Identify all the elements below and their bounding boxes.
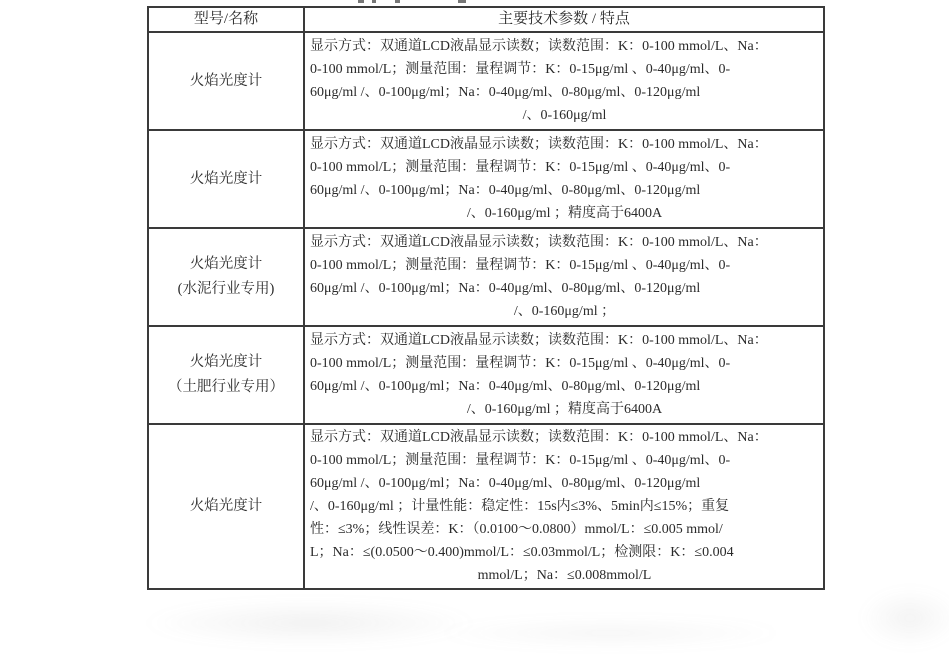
- param-line: 显示方式：双通道LCD液晶显示读数；读数范围：K：0-100 mmol/L、Na…: [310, 35, 819, 58]
- scan-smudge: [140, 600, 480, 646]
- model-name: 火焰光度计: [149, 252, 303, 277]
- params-cell: 显示方式：双通道LCD液晶显示读数；读数范围：K：0-100 mmol/L、Na…: [304, 424, 824, 589]
- param-line: 显示方式：双通道LCD液晶显示读数；读数范围：K：0-100 mmol/L、Na…: [310, 231, 819, 254]
- model-name: 火焰光度计: [149, 350, 303, 375]
- cropped-text-remnant: [372, 0, 376, 3]
- param-line: mmol/L；Na：≤0.008mmol/L: [310, 564, 819, 587]
- params-cell: 显示方式：双通道LCD液晶显示读数；读数范围：K：0-100 mmol/L、Na…: [304, 228, 824, 326]
- table-row: 火焰光度计显示方式：双通道LCD液晶显示读数；读数范围：K：0-100 mmol…: [148, 130, 824, 228]
- table-row: 火焰光度计显示方式：双通道LCD液晶显示读数；读数范围：K：0-100 mmol…: [148, 424, 824, 589]
- table-body: 火焰光度计显示方式：双通道LCD液晶显示读数；读数范围：K：0-100 mmol…: [148, 32, 824, 589]
- params-text: 显示方式：双通道LCD液晶显示读数；读数范围：K：0-100 mmol/L、Na…: [305, 425, 823, 588]
- params-text: 显示方式：双通道LCD液晶显示读数；读数范围：K：0-100 mmol/L、Na…: [305, 230, 823, 324]
- param-line: 显示方式：双通道LCD液晶显示读数；读数范围：K：0-100 mmol/L、Na…: [310, 329, 819, 352]
- param-line: /、0-160μg/ml ；计量性能：稳定性：15s内≤3%、5min内≤15%…: [310, 495, 819, 518]
- model-name: 火焰光度计: [149, 494, 303, 519]
- table-header: 型号/名称 主要技术参数 / 特点: [148, 7, 824, 32]
- scan-smudge: [430, 618, 790, 648]
- param-line: 显示方式：双通道LCD液晶显示读数；读数范围：K：0-100 mmol/L、Na…: [310, 133, 819, 156]
- param-line: 60μg/ml /、0-100μg/ml；Na：0-40μg/ml、0-80μg…: [310, 375, 819, 398]
- model-subtitle: (水泥行业专用): [149, 277, 303, 302]
- param-line: 性：≤3%；线性误差：K：（0.0100～0.0800）mmol/L：≤0.00…: [310, 518, 819, 541]
- model-name-cell: 火焰光度计（土肥行业专用）: [148, 326, 304, 424]
- params-cell: 显示方式：双通道LCD液晶显示读数；读数范围：K：0-100 mmol/L、Na…: [304, 326, 824, 424]
- header-row: 型号/名称 主要技术参数 / 特点: [148, 7, 824, 32]
- param-line: /、0-160μg/ml ；精度高于6400A: [310, 398, 819, 421]
- spec-table: 型号/名称 主要技术参数 / 特点 火焰光度计显示方式：双通道LCD液晶显示读数…: [147, 6, 825, 590]
- cropped-text-remnant: [458, 0, 466, 3]
- model-subtitle: （土肥行业专用）: [149, 375, 303, 400]
- param-line: 60μg/ml /、0-100μg/ml；Na：0-40μg/ml、0-80μg…: [310, 81, 819, 104]
- param-line: 60μg/ml /、0-100μg/ml；Na：0-40μg/ml、0-80μg…: [310, 472, 819, 495]
- model-name: 火焰光度计: [149, 69, 303, 94]
- param-line: 0-100 mmol/L；测量范围：量程调节：K：0-15μg/ml 、0-40…: [310, 449, 819, 472]
- page: 型号/名称 主要技术参数 / 特点 火焰光度计显示方式：双通道LCD液晶显示读数…: [0, 0, 949, 656]
- cropped-text-remnant: [395, 0, 400, 3]
- cropped-text-remnant: [358, 0, 364, 3]
- scan-smudge: [860, 588, 949, 648]
- params-text: 显示方式：双通道LCD液晶显示读数；读数范围：K：0-100 mmol/L、Na…: [305, 34, 823, 128]
- model-name-cell: 火焰光度计: [148, 424, 304, 589]
- param-line: /、0-160μg/ml ；: [310, 300, 819, 323]
- param-line: 60μg/ml /、0-100μg/ml；Na：0-40μg/ml、0-80μg…: [310, 277, 819, 300]
- param-line: L；Na：≤(0.0500～0.400)mmol/L：≤0.03mmol/L；检…: [310, 541, 819, 564]
- model-name-cell: 火焰光度计: [148, 130, 304, 228]
- param-line: /、0-160μg/ml: [310, 104, 819, 127]
- model-name-cell: 火焰光度计: [148, 32, 304, 130]
- params-text: 显示方式：双通道LCD液晶显示读数；读数范围：K：0-100 mmol/L、Na…: [305, 132, 823, 226]
- table-row: 火焰光度计(水泥行业专用)显示方式：双通道LCD液晶显示读数；读数范围：K：0-…: [148, 228, 824, 326]
- param-line: 0-100 mmol/L；测量范围：量程调节：K：0-15μg/ml 、0-40…: [310, 254, 819, 277]
- params-cell: 显示方式：双通道LCD液晶显示读数；读数范围：K：0-100 mmol/L、Na…: [304, 130, 824, 228]
- header-main-parameters: 主要技术参数 / 特点: [304, 7, 824, 32]
- model-name-cell: 火焰光度计(水泥行业专用): [148, 228, 304, 326]
- param-line: 60μg/ml /、0-100μg/ml；Na：0-40μg/ml、0-80μg…: [310, 179, 819, 202]
- model-name: 火焰光度计: [149, 167, 303, 192]
- param-line: /、0-160μg/ml ；精度高于6400A: [310, 202, 819, 225]
- param-line: 0-100 mmol/L；测量范围：量程调节：K：0-15μg/ml 、0-40…: [310, 352, 819, 375]
- param-line: 显示方式：双通道LCD液晶显示读数；读数范围：K：0-100 mmol/L、Na…: [310, 426, 819, 449]
- param-line: 0-100 mmol/L；测量范围：量程调节：K：0-15μg/ml 、0-40…: [310, 58, 819, 81]
- params-cell: 显示方式：双通道LCD液晶显示读数；读数范围：K：0-100 mmol/L、Na…: [304, 32, 824, 130]
- header-model-name: 型号/名称: [148, 7, 304, 32]
- table-row: 火焰光度计（土肥行业专用）显示方式：双通道LCD液晶显示读数；读数范围：K：0-…: [148, 326, 824, 424]
- params-text: 显示方式：双通道LCD液晶显示读数；读数范围：K：0-100 mmol/L、Na…: [305, 328, 823, 422]
- param-line: 0-100 mmol/L；测量范围：量程调节：K：0-15μg/ml 、0-40…: [310, 156, 819, 179]
- table-row: 火焰光度计显示方式：双通道LCD液晶显示读数；读数范围：K：0-100 mmol…: [148, 32, 824, 130]
